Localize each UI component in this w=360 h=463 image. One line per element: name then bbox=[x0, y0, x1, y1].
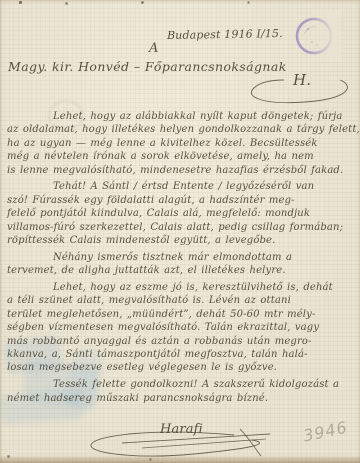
body-line: röpíttessék Calais mindenestől együtt, a… bbox=[7, 234, 354, 247]
body-line: terület meglehetősen, „müündért”, dehát … bbox=[7, 308, 354, 321]
body-line: Tessék felette gondolkozni! A szakszerű … bbox=[7, 378, 354, 391]
body-line: Néhány ismerős tisztnek már elmondottam … bbox=[7, 251, 354, 264]
body-line: szó! Fúrassék egy földalatti alagút, a h… bbox=[7, 194, 354, 207]
body-line: tervemet, de aligha juttatták azt, el il… bbox=[7, 264, 354, 277]
scan-edge-shadow bbox=[0, 0, 360, 3]
date-line: Budapest 1916 I/15. bbox=[167, 27, 283, 42]
body-line: ha az ugyan — még lenne a kivitelhez köz… bbox=[7, 137, 354, 150]
body-line: kkanva, a, Sánti támaszpontjától megfosz… bbox=[7, 348, 354, 361]
body-line: a téli szünet alatt, megvalósítható is. … bbox=[7, 294, 354, 307]
body-line: is lenne megvalósítható, mindenesetre ha… bbox=[7, 164, 354, 177]
body-line: német hadsereg műszaki parancsnokságra b… bbox=[7, 392, 354, 405]
dust-specks bbox=[0, 0, 1, 1]
letter-page: Budapest 1916 I/15. A Magy. kir. Honvéd … bbox=[0, 0, 360, 463]
addressee-prefix: A bbox=[149, 41, 159, 56]
body-line: Tehát! A Sántl / értsd Entente / legyőzé… bbox=[7, 180, 354, 193]
stamp-fade-overlay bbox=[308, 10, 342, 62]
body-line: más robbantó anyaggal és aztán a robbaná… bbox=[7, 335, 354, 348]
body-line: felelő pontjától kiindulva, Calais alá, … bbox=[7, 207, 354, 220]
body-line: még a névtelen írónak a sorok elkövetése… bbox=[7, 150, 354, 163]
body-line: losan megsebezve esetleg véglegesen le i… bbox=[7, 361, 354, 374]
scan-edge-shadow bbox=[0, 0, 3, 463]
signature-name: Harafi bbox=[160, 422, 203, 437]
scan-edge-shadow bbox=[0, 455, 360, 463]
body-line: az oldalamat, hogy illetékes helyen gond… bbox=[7, 123, 354, 136]
monogram-letter: H. bbox=[293, 71, 311, 89]
body-line: ségben vízmentesen megvalósítható. Talán… bbox=[7, 321, 354, 334]
letter-body: Lehet, hogy az alábbiakkal nyílt kaput d… bbox=[7, 110, 354, 405]
body-line: Lehet, hogy az eszme jó is, keresztülvih… bbox=[7, 281, 354, 294]
body-line: villamos-fúró szerkezettel, Calais alatt… bbox=[7, 221, 354, 234]
body-line: Lehet, hogy az alábbiakkal nyílt kaput d… bbox=[7, 110, 354, 123]
archival-number-pencil: 3946 bbox=[302, 418, 350, 446]
monogram-flourish: H. bbox=[243, 69, 357, 111]
